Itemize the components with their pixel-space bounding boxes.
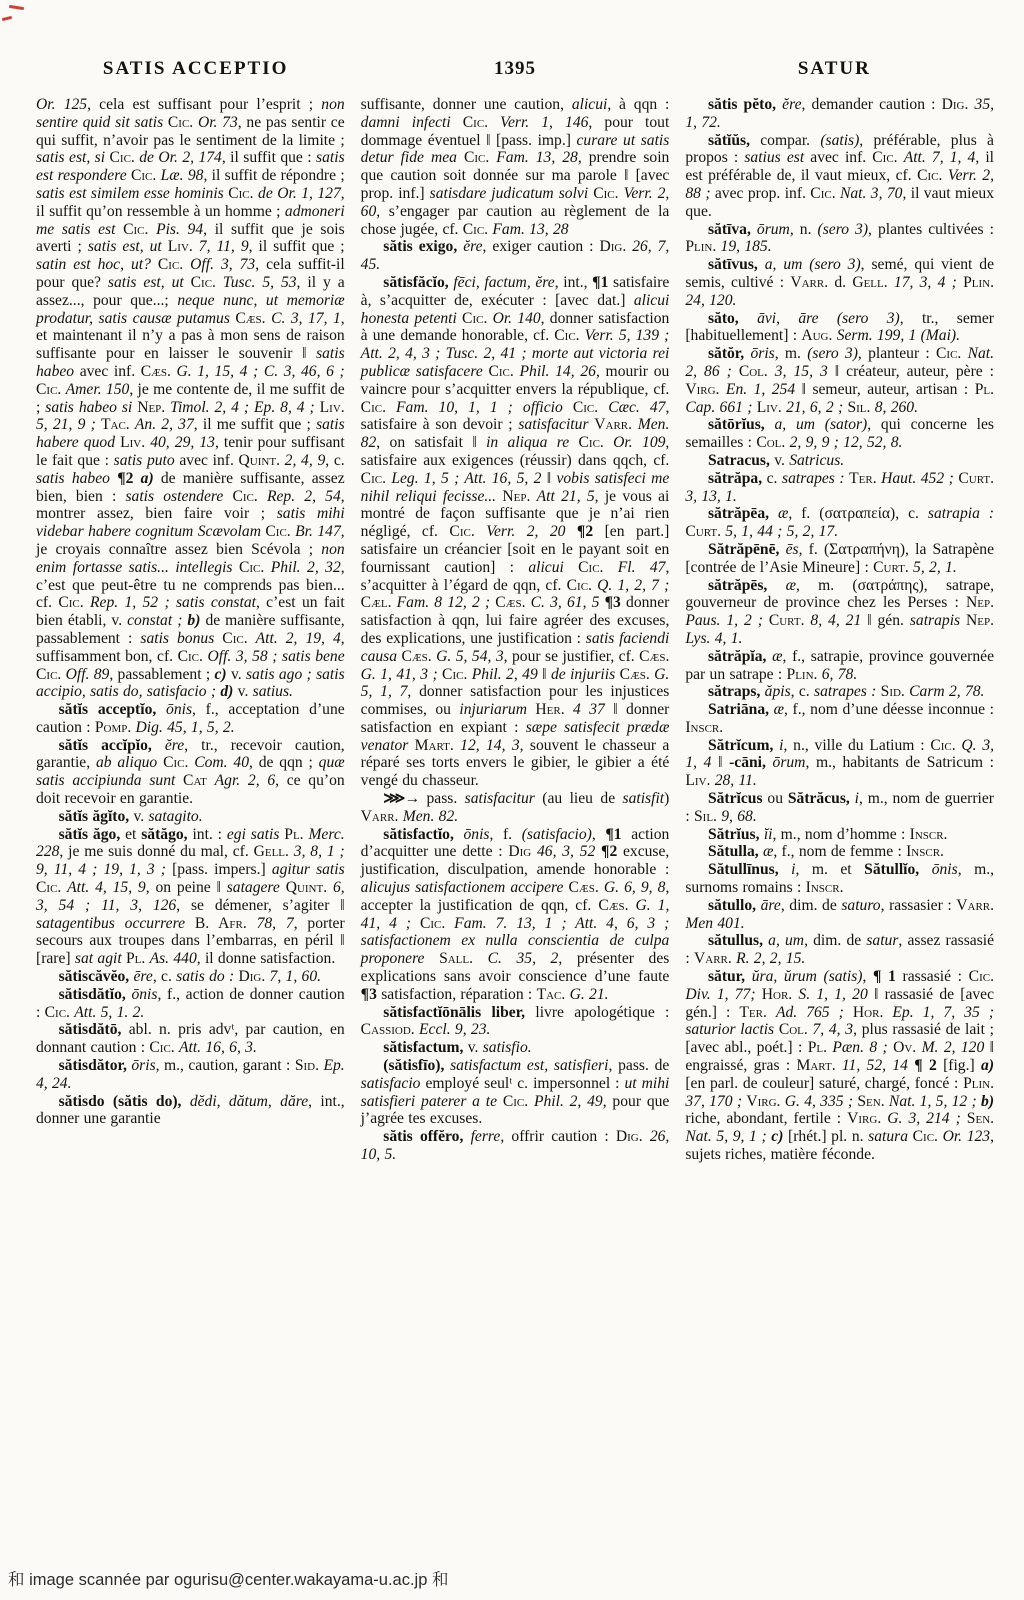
text-segment: , se démener, s’agiter ‖: [176, 897, 344, 914]
text-segment: săto,: [708, 310, 757, 327]
text-segment: æ: [774, 701, 784, 718]
dictionary-entry: sătisfăcĭo, fēci, factum, ĕre, int., ¶1 …: [361, 274, 670, 790]
text-segment: Cæs.: [235, 310, 271, 327]
text-segment: 2, 4, 9: [285, 452, 326, 469]
text-segment: [rhét.] pl. n.: [788, 1128, 868, 1145]
text-segment: satius est: [744, 149, 810, 166]
text-segment: ĕre: [165, 737, 184, 754]
text-segment: v.: [468, 1039, 483, 1056]
text-segment: Inscr.: [685, 719, 723, 736]
text-segment: Cic.: [573, 399, 608, 416]
text-segment: , m., nom d’homme :: [772, 826, 909, 843]
dictionary-entry: sătisdător, ōris, m., caution, garant : …: [36, 1057, 345, 1093]
text-segment: , je me suis donné du mal, cf.: [59, 843, 253, 860]
text-segment: , pour se justifier, cf.: [504, 648, 640, 665]
text-segment: avec inf.: [179, 452, 238, 469]
text-segment: Nat. 3, 70: [840, 185, 902, 202]
dictionary-entry: săto, āvi, āre (sero 3), tr., semer [hab…: [685, 310, 994, 346]
text-segment: saturo: [841, 897, 880, 914]
text-segment: damni infecti: [361, 114, 463, 131]
text-segment: ‖ gén.: [867, 612, 910, 629]
text-segment: Cic.: [969, 968, 994, 985]
text-segment: Cic.: [191, 274, 223, 291]
column-3: sătis pĕto, ĕre, demander caution : Dig.…: [685, 96, 994, 1548]
text-segment: ¶2: [577, 523, 605, 540]
text-segment: ōnis: [932, 861, 958, 878]
text-segment: Cic.: [593, 185, 623, 202]
text-segment: Cic.: [917, 167, 948, 184]
text-segment: Men 401.: [685, 915, 744, 932]
text-segment: ou: [767, 790, 787, 807]
text-segment: , int.,: [555, 274, 592, 291]
text-segment: , exiger caution :: [483, 238, 600, 255]
text-segment: Hor.: [853, 1004, 893, 1021]
text-segment: sătīvus,: [708, 256, 765, 273]
text-segment: Quint.: [239, 452, 285, 469]
text-segment: satagentibus occurrere: [36, 915, 195, 932]
text-segment: Sall.: [439, 950, 488, 967]
text-segment: 5, 1, 44 ; 5, 2, 17.: [725, 523, 838, 540]
text-segment: 9, 68.: [721, 808, 757, 825]
text-segment: Curt.: [685, 523, 725, 540]
text-segment: Col.: [739, 363, 775, 380]
text-segment: ōnis: [463, 826, 489, 843]
text-segment: Rep. 1, 52 ; satis constat: [90, 594, 256, 611]
text-segment: Cæc. 47: [608, 399, 665, 416]
text-segment: Virg.: [847, 1110, 887, 1127]
text-segment: Sid.: [295, 1057, 324, 1074]
text-segment: , n., ville du Latium :: [783, 737, 930, 754]
text-segment: satis ostendere: [125, 488, 232, 505]
text-segment: sătis offĕro,: [383, 1128, 470, 1145]
text-segment: Cic.: [913, 1128, 943, 1145]
dictionary-entry: Sătulla, æ, f., nom de femme : Inscr.: [685, 843, 994, 861]
text-segment: Pl.: [975, 381, 994, 398]
text-segment: satisfio.: [483, 1039, 532, 1056]
text-segment: Cat: [183, 772, 215, 789]
text-segment: Varr.: [361, 808, 403, 825]
text-segment: Nep.: [966, 594, 994, 611]
dictionary-entry: sătĭs acceptĭo, ōnis, f., acceptation d’…: [36, 701, 345, 737]
text-segment: ōris: [131, 1057, 155, 1074]
text-segment: Cic.: [158, 256, 190, 273]
text-segment: 78, 7: [257, 915, 294, 932]
text-segment: , m., caution, garant :: [156, 1057, 295, 1074]
text-segment: Cic.: [168, 114, 198, 131]
text-segment: 40, 29, 13: [150, 434, 215, 451]
dictionary-entry: Satracus, v. Satricus.: [685, 452, 994, 470]
text-segment: Carm 2, 78.: [909, 683, 984, 700]
text-segment: Cic.: [449, 523, 486, 540]
text-segment: Sătulla,: [708, 843, 763, 860]
text-segment: Liv.: [685, 772, 714, 789]
text-segment: Cic.: [228, 185, 258, 202]
text-segment: , on satisfait ‖: [376, 434, 486, 451]
dictionary-entry: sătisdătō, abl. n. pris advᵗ, par cautio…: [36, 1021, 345, 1057]
text-segment: -cāni,: [729, 754, 772, 771]
text-segment: Cæl.: [361, 594, 397, 611]
dictionary-entry: sătisfactum, v. satisfio.: [361, 1039, 670, 1057]
text-segment: Cic.: [36, 666, 66, 683]
text-segment: G. 1, 41, 3 ;: [361, 666, 442, 683]
text-segment: Att 21, 5: [537, 488, 595, 505]
text-segment: Cæs.: [141, 363, 177, 380]
text-segment: Cic.: [36, 381, 66, 398]
text-segment: Pl.: [808, 1039, 833, 1056]
text-segment: alicui: [572, 96, 608, 113]
text-segment: ĕre: [463, 238, 482, 255]
text-segment: Fam. 8 12, 2 ;: [397, 594, 496, 611]
text-segment: Att. 2, 19, 4: [256, 630, 341, 647]
dictionary-entry: sătur, ŭra, ŭrum (satis), ¶ 1 rassasié :…: [685, 968, 994, 1164]
text-segment: Col.: [756, 434, 789, 451]
text-segment: ,: [592, 826, 606, 843]
text-segment: Sen.: [857, 1093, 889, 1110]
text-segment: sătrăpĭa,: [708, 648, 772, 665]
text-segment: sătĭs ăgĭto,: [59, 808, 134, 825]
dictionary-entry: sătĭs ăgĭto, v. satagito.: [36, 808, 345, 826]
text-segment: Col.: [779, 1021, 813, 1038]
text-segment: Att. 7, 1, 4: [904, 149, 976, 166]
text-segment: Dig.: [238, 968, 269, 985]
text-segment: Or. 140: [493, 310, 541, 327]
text-segment: ¶1: [592, 274, 613, 291]
text-segment: Curt.: [873, 559, 913, 576]
text-segment: Off. 3, 58 ; satis bene: [207, 648, 344, 665]
text-segment: c.: [767, 470, 782, 487]
text-segment: , il suffit que :: [222, 149, 316, 166]
text-segment: ¶3: [605, 594, 626, 611]
text-segment: fēci, factum, ĕre: [453, 274, 554, 291]
text-segment: in aliqua re: [486, 434, 578, 451]
text-segment: , dim. de: [804, 932, 866, 949]
text-segment: b): [187, 612, 205, 629]
text-segment: Men. 82.: [403, 808, 458, 825]
text-segment: pass.: [419, 790, 465, 807]
text-segment: Cic.: [361, 470, 392, 487]
text-segment: Cic.: [45, 1004, 75, 1021]
text-segment: G. 4, 335 ;: [785, 1093, 858, 1110]
text-segment: Cic.: [554, 327, 584, 344]
text-segment: Cæs.: [495, 594, 530, 611]
text-segment: , rassasier :: [881, 897, 957, 914]
text-segment: , passablement ;: [109, 666, 214, 683]
text-segment: Or. 123: [943, 1128, 991, 1145]
text-segment: Pis. 94: [156, 221, 203, 238]
dictionary-entry: sătisdo (sătis do), dĕdi, dătum, dăre, i…: [36, 1093, 345, 1129]
text-segment: Cic.: [163, 754, 194, 771]
text-segment: avec prop. inf.: [715, 185, 810, 202]
text-segment: Phil. 14, 26: [520, 363, 596, 380]
text-segment: Sătullĭo,: [864, 861, 932, 878]
text-segment: Pl.: [284, 826, 308, 843]
text-segment: Dig. 45, 1, 5, 2.: [136, 719, 235, 736]
text-segment: Br. 147: [295, 523, 341, 540]
dictionary-entry: sătiscăvĕo, ēre, c. satis do : Dig. 7, 1…: [36, 968, 345, 986]
text-segment: Hor.: [762, 986, 799, 1003]
text-segment: Cæs.: [402, 648, 437, 665]
text-segment: , m.: [775, 345, 807, 362]
text-segment: sătisdătĭo,: [59, 986, 132, 1003]
text-segment: , à qqn :: [607, 96, 669, 113]
text-segment: ¶2: [601, 843, 623, 860]
text-segment: Liv.: [757, 399, 786, 416]
text-segment: Aug.: [801, 327, 836, 344]
remark-arrow-icon: ⋙→: [383, 790, 419, 807]
text-segment: v.: [774, 452, 789, 469]
text-segment: satis habeo: [36, 470, 117, 487]
text-segment: sătisdător,: [59, 1057, 132, 1074]
text-segment: æ: [778, 505, 788, 522]
text-segment: satin est hoc, ut?: [36, 256, 158, 273]
text-segment: a, um (sator): [774, 416, 867, 433]
dictionary-entry: sătīvus, a, um (sero 3), semé, qui vient…: [685, 256, 994, 309]
text-segment: Tac.: [101, 416, 135, 433]
text-segment: Quint.: [286, 879, 333, 896]
dictionary-entry: sătis pĕto, ĕre, demander caution : Dig.…: [685, 96, 994, 132]
text-segment: riche, abondant, fertile :: [685, 1110, 847, 1127]
text-segment: Or. 109: [613, 434, 665, 451]
text-segment: 7, 4, 3: [812, 1021, 853, 1038]
text-segment: alicui: [528, 559, 578, 576]
text-segment: 8, 4, 21: [810, 612, 867, 629]
text-segment: Cic.: [110, 149, 140, 166]
dictionary-entry: Sătrăpēnē, ēs, f. (Σατραπήνη), la Satrap…: [685, 541, 994, 577]
text-segment: satis est, ut: [88, 238, 168, 255]
text-segment: 37, 170 ;: [685, 1093, 746, 1110]
text-segment: 28, 11.: [715, 772, 757, 789]
text-segment: (au lieu de: [542, 790, 622, 807]
text-segment: Curt.: [769, 612, 811, 629]
text-segment: ēre: [134, 968, 153, 985]
text-segment: constat ;: [127, 612, 187, 629]
text-segment: Verr. 2, 20: [486, 523, 577, 540]
text-segment: , f., nom de femme :: [773, 843, 906, 860]
column-1: Or. 125, cela est suffisant pour l’espri…: [36, 96, 345, 1548]
text-segment: satagere: [227, 879, 286, 896]
text-segment: satrapia :: [928, 505, 994, 522]
text-segment: Sătrĭcum,: [708, 737, 779, 754]
text-segment: , plantes cultivées :: [868, 221, 994, 238]
text-segment: (satisfacio): [522, 826, 592, 843]
text-segment: G. 3, 214 ;: [887, 1110, 967, 1127]
text-segment: Timol. 2, 4 ; Ep. 8, 4 ;: [170, 399, 320, 416]
text-segment: ‖: [542, 666, 551, 683]
text-segment: Satricus.: [789, 452, 844, 469]
text-segment: Cic.: [442, 666, 472, 683]
text-segment: Virg.: [746, 1093, 784, 1110]
text-segment: , demander caution :: [802, 96, 942, 113]
text-segment: Cic.: [462, 310, 493, 327]
text-segment: Att. 5, 1. 2.: [74, 1004, 144, 1021]
text-segment: 21, 6, 2 ;: [786, 399, 847, 416]
text-segment: c): [215, 666, 231, 683]
text-segment: G. 1, 15, 4 ; C. 3, 46, 6 ;: [177, 363, 345, 380]
text-segment: , pass. de: [608, 1057, 669, 1074]
text-segment: Paus. 1, 2 ;: [685, 612, 768, 629]
text-segment: sătiscăvĕo,: [59, 968, 134, 985]
text-segment: (sero 3): [818, 221, 869, 238]
text-segment: ¶ 2: [914, 1057, 943, 1074]
text-segment: 2, 9, 9 ; 12, 52, 8.: [790, 434, 903, 451]
dictionary-entry: (sătisfīo), satisfactum est, satisfieri,…: [361, 1057, 670, 1128]
text-segment: Cassiod.: [361, 1021, 419, 1038]
text-segment: As. 440: [150, 950, 197, 967]
text-segment: Verr. 1, 146: [500, 114, 588, 131]
text-segment: sătĭs ăgo,: [59, 826, 125, 843]
text-segment: Phil. 2, 49: [472, 666, 542, 683]
text-segment: sătĭŭs,: [708, 132, 760, 149]
text-segment: Ad. 765 ;: [776, 1004, 853, 1021]
text-segment: satrapes :: [782, 470, 849, 487]
text-segment: Varr.: [790, 274, 834, 291]
dictionary-entry: sătrăpēa, æ, f. (σατραπεία), c. satrapia…: [685, 505, 994, 541]
text-segment: Gell.: [852, 274, 894, 291]
text-segment: [en parl. de couleur] saturé, chargé, fo…: [685, 1075, 963, 1092]
text-segment: ¶1: [605, 826, 631, 843]
text-segment: Cic.: [58, 594, 90, 611]
text-segment: sătŏr,: [708, 345, 751, 362]
text-segment: Cic.: [578, 559, 618, 576]
text-segment: ): [664, 790, 669, 807]
text-segment: Div. 1, 77;: [685, 986, 761, 1003]
text-segment: 46, 3, 52: [537, 843, 601, 860]
text-segment: avec inf.: [810, 149, 872, 166]
text-segment: ŭra, ŭrum (satis): [752, 968, 863, 985]
text-segment: Att. 16, 6, 3.: [179, 1039, 257, 1056]
text-segment: æ: [786, 577, 796, 594]
text-segment: Cic.: [463, 114, 500, 131]
text-segment: Cic.: [488, 363, 519, 380]
text-segment: ,: [862, 968, 873, 985]
text-segment: Sătullīnus,: [708, 861, 791, 878]
text-segment: Lys. 4, 1.: [685, 630, 742, 647]
text-segment: Cic.: [361, 399, 396, 416]
text-segment: ¶2: [117, 470, 140, 487]
text-segment: sat agit: [75, 950, 126, 967]
text-segment: ‖ créateur, auteur, père :: [835, 363, 994, 380]
text-segment: sătullus,: [708, 932, 768, 949]
text-segment: sătis pĕto,: [708, 96, 782, 113]
text-segment: Cic.: [222, 630, 255, 647]
text-segment: Haut. 452 ;: [881, 470, 958, 487]
text-segment: , cela est suffisant pour l’esprit ;: [87, 96, 321, 113]
text-segment: satis puto: [114, 452, 180, 469]
text-segment: Sătrăpēnē,: [708, 541, 786, 558]
text-segment: Cic.: [131, 167, 161, 184]
text-segment: sătraps,: [708, 683, 765, 700]
text-segment: satis est similem esse hominis: [36, 185, 228, 202]
text-segment: , de qqn ;: [249, 754, 319, 771]
text-segment: Cic.: [420, 915, 454, 932]
text-segment: Virg.: [685, 381, 726, 398]
text-segment: Cic.: [265, 523, 295, 540]
text-segment: Cic.: [36, 879, 67, 896]
text-segment: Sen.: [967, 1110, 994, 1127]
dictionary-entry: Sătrĭcus ou Sătrăcus, i, m., nom de guer…: [685, 790, 994, 826]
text-segment: Sil.: [847, 399, 874, 416]
text-segment: Gell.: [254, 843, 294, 860]
text-segment: 7, 11, 9: [199, 238, 249, 255]
text-segment: rassasié :: [903, 968, 969, 985]
text-segment: 5, 21, 9 ;: [36, 416, 101, 433]
text-segment: Sătrăcus,: [788, 790, 855, 807]
dictionary-entry: sătĭs ăgo, et sătăgo, int. : egi satis P…: [36, 826, 345, 968]
text-segment: Sid.: [881, 683, 909, 700]
text-segment: Com. 40: [194, 754, 249, 771]
text-segment: injuriarum: [459, 701, 535, 718]
text-segment: a, um (sero 3): [765, 256, 861, 273]
column-2: suffisante, donner une caution, alicui, …: [361, 96, 670, 1548]
text-segment: ‖: [547, 470, 557, 487]
text-segment: [pass. impers.]: [172, 861, 272, 878]
text-segment: Varr.: [594, 416, 638, 433]
text-segment: , on peine ‖: [146, 879, 227, 896]
dictionary-entry: sătōrĭus, a, um (sator), qui concerne le…: [685, 416, 994, 452]
text-segment: b): [981, 1093, 994, 1110]
text-segment: sătrăpēa,: [708, 505, 778, 522]
text-segment: Ov.: [893, 1039, 921, 1056]
text-segment: (sătisfīo),: [383, 1057, 450, 1074]
text-segment: Mart.: [415, 737, 460, 754]
dictionary-entry: sătullus, a, um, dim. de satur, assez ra…: [685, 932, 994, 968]
text-segment: Cic.: [810, 185, 840, 202]
text-segment: 24, 120.: [685, 292, 736, 309]
dictionary-entry: ⋙→ pass. satisfacitur (au lieu de satisf…: [361, 790, 670, 826]
text-segment: suffisante, donner une caution,: [361, 96, 572, 113]
text-segment: ¶3: [361, 986, 382, 1003]
text-segment: Fl. 47: [618, 559, 666, 576]
text-segment: satisfaction, réparation :: [381, 986, 536, 1003]
text-segment: satisfactum est, satisfieri: [450, 1057, 608, 1074]
text-segment: , m., habitants de Satricum :: [805, 754, 994, 771]
dictionary-entry: sătŏr, ōris, m. (sero 3), planteur : Cic…: [685, 345, 994, 416]
text-segment: Cic.: [463, 221, 493, 238]
text-segment: satis habeo si: [45, 399, 137, 416]
text-segment: sătisfactum,: [383, 1039, 467, 1056]
text-segment: ĕre: [782, 96, 801, 113]
text-segment: sătĭs acceptĭo,: [59, 701, 166, 718]
text-segment: C. 3, 17, 1: [271, 310, 341, 327]
text-segment: satrapes :: [814, 683, 881, 700]
text-segment: Tac.: [537, 986, 570, 1003]
text-segment: Dig: [508, 843, 537, 860]
text-segment: 11, 52, 14: [842, 1057, 914, 1074]
text-segment: sătrăpa,: [708, 470, 767, 487]
text-segment: avec inf.: [80, 363, 141, 380]
text-segment: 5, 2, 1.: [913, 559, 957, 576]
text-segment: Sil.: [694, 808, 721, 825]
text-segment: Nep.: [966, 612, 994, 629]
text-segment: Nat. 1, 5, 12 ;: [889, 1093, 981, 1110]
page-header: SATIS ACCEPTIO 1395 SATUR: [0, 0, 1024, 94]
text-segment: Or. 125: [36, 96, 87, 113]
text-segment: sătur,: [708, 968, 752, 985]
text-segment: satisfit: [623, 790, 665, 807]
text-segment: Eccl. 9, 23.: [419, 1021, 490, 1038]
text-segment: Dig.: [616, 1128, 650, 1145]
header-guideword-left: SATIS ACCEPTIO: [36, 58, 355, 80]
text-segment: Phil. 2, 49: [534, 1093, 603, 1110]
text-segment: [fig.]: [943, 1057, 981, 1074]
text-segment: Cic.: [178, 648, 208, 665]
dictionary-entry: sătrăpa, c. satrapes : Ter. Haut. 452 ; …: [685, 470, 994, 506]
text-segment: compar.: [760, 132, 820, 149]
text-segment: ‖: [718, 754, 729, 771]
text-segment: ōris: [750, 345, 774, 362]
text-segment: et: [125, 826, 141, 843]
text-segment: satisfacio: [361, 1075, 426, 1092]
